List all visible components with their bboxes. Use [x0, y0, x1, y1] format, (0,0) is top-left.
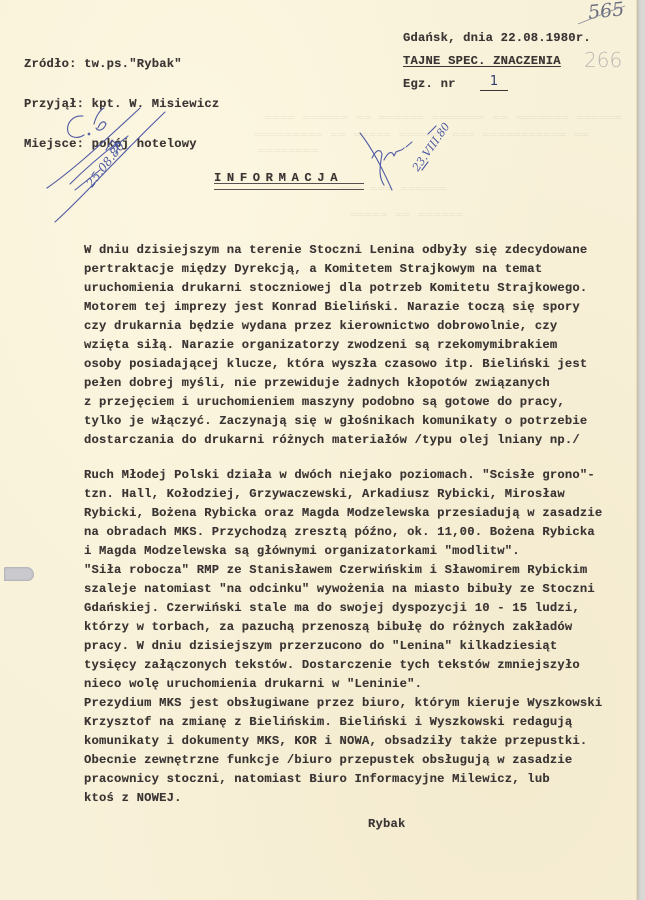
body-line: wzięta siłą. Narazie organizatorzy zwodz…	[84, 336, 629, 355]
paragraph-gap	[84, 450, 629, 466]
received-by-line: Przyjął: kpt. W. Misiewicz	[24, 98, 219, 112]
body-line: czy drukarnia będzie wydana przez kierow…	[84, 317, 629, 336]
body-line: Rybicki, Bożena Rybicka oraz Magda Modze…	[84, 504, 629, 523]
body-line: pracownicy stoczni, natomiast Biuro Info…	[84, 770, 629, 789]
copy-number-value: 1	[480, 74, 508, 91]
body-line: Krzysztof na zmianę z Bielińskim. Bieliń…	[84, 713, 629, 732]
body-line: Motorem tej imprezy jest Konrad Bielińsk…	[84, 298, 629, 317]
archive-secondary-number: 266	[584, 48, 622, 72]
punch-hole	[4, 567, 34, 581]
body-line: szaleje natomiast "na odcinku" wywożenia…	[84, 580, 629, 599]
paragraph-rmp-activity: Ruch Młodej Polski działa w dwóch niejak…	[84, 466, 629, 808]
document-body: W dniu dzisiejszym na terenie Stoczni Le…	[84, 241, 629, 808]
body-line: W dniu dzisiejszym na terenie Stoczni Le…	[84, 241, 629, 260]
body-line: dostarczania do drukarni różnych materia…	[84, 431, 629, 450]
body-line: tysięcy załączonych tekstów. Dostarczeni…	[84, 656, 629, 675]
scanned-document-page: ════ ══════ ══ ══════ ═══════ ══ ═══════…	[0, 0, 636, 900]
body-line: nieco wolę uruchomienia drukarni w "Leni…	[84, 675, 629, 694]
bleed-through-text: ═════════ ══ ═════ ══════ ═══ ══════════…	[255, 130, 589, 142]
informant-signature: Rybak	[368, 818, 406, 831]
copy-number-label: Egz. nr	[403, 78, 456, 91]
center-annotation-date: 23.VIII.80	[409, 120, 452, 174]
place-date: Gdańsk, dnia 22.08.1980r.	[403, 32, 591, 45]
body-line: Prezydium MKS jest obsługiwane przez biu…	[84, 694, 629, 713]
paragraph-strike-printing: W dniu dzisiejszym na terenie Stoczni Le…	[84, 241, 629, 450]
source-info-block: Zródło: tw.ps."Rybak" Przyjął: kpt. W. M…	[24, 32, 219, 178]
source-line: Zródło: tw.ps."Rybak"	[24, 58, 219, 72]
location-line: Miejsce: pokój hotelowy	[24, 138, 219, 152]
body-line: na obradach MKS. Przychodzą zresztą późn…	[84, 523, 629, 542]
bleed-through-text: ════════	[258, 146, 319, 158]
body-line: osoby posiadającej klucze, która wyszła …	[84, 355, 629, 374]
classification-stamp: TAJNE SPEC. ZNACZENIA	[403, 55, 561, 68]
title-double-underline	[214, 183, 364, 190]
body-line: pełen dobrej myśli, nie przewiduje żadny…	[84, 374, 629, 393]
body-line: Gdańskiej. Czerwiński stale ma do swojej…	[84, 599, 629, 618]
body-line: tzn. Hall, Kołodziej, Grzywaczewski, Ark…	[84, 485, 629, 504]
body-line: Ruch Młodej Polski działa w dwóch niejak…	[84, 466, 629, 485]
body-line: "Siła robocza" RMP ze Stanisławem Czerwi…	[84, 561, 629, 580]
body-line: Obecnie zewnętrzne funkcje /biuro przepu…	[84, 751, 629, 770]
bleed-through-text: ════ ══════ ══ ══════ ═══════ ══ ═══════…	[265, 113, 622, 125]
body-line: uruchomienia drukarni stoczniowej dla po…	[84, 279, 629, 298]
body-line: pracy. W dniu dzisiejszym przerzucono do…	[84, 637, 629, 656]
body-line: którzy w torbach, za pazuchą przenoszą b…	[84, 618, 629, 637]
body-line: ktoś z NOWEJ.	[84, 789, 629, 808]
bleed-through-text: ═════ ══ ══════	[350, 210, 464, 222]
body-line: pertraktacje między Dyrekcją, a Komitete…	[84, 260, 629, 279]
body-line: i Magda Modzelewska są głównymi organiza…	[84, 542, 629, 561]
archive-page-number: 565	[587, 0, 625, 24]
body-line: tylko je włączyć. Zaczynają się w głośni…	[84, 412, 629, 431]
body-line: komunikaty i dokumenty MKS, KOR i NOWA, …	[84, 732, 629, 751]
body-line: z przejęciem i uruchomieniem maszyny pod…	[84, 393, 629, 412]
